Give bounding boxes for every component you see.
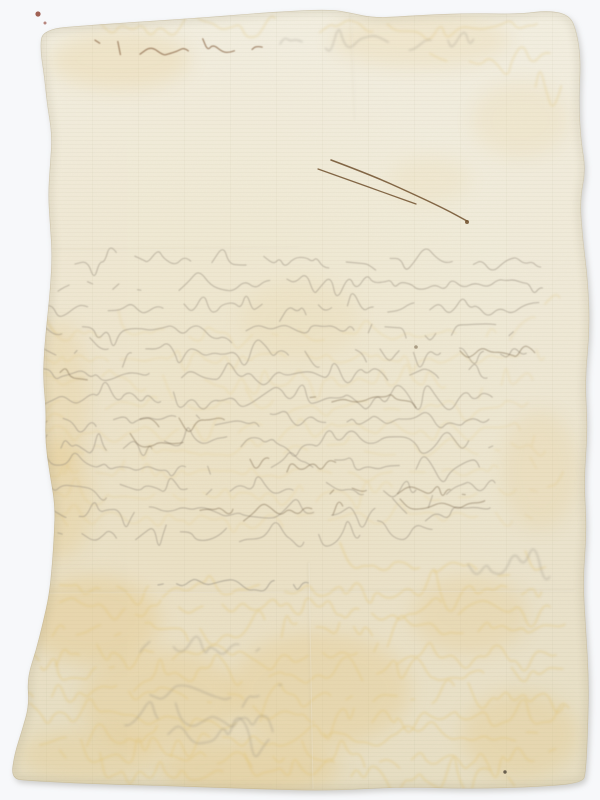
paper-sheet bbox=[0, 0, 600, 800]
scan-canvas bbox=[0, 0, 600, 800]
manuscript-photo bbox=[0, 0, 600, 800]
